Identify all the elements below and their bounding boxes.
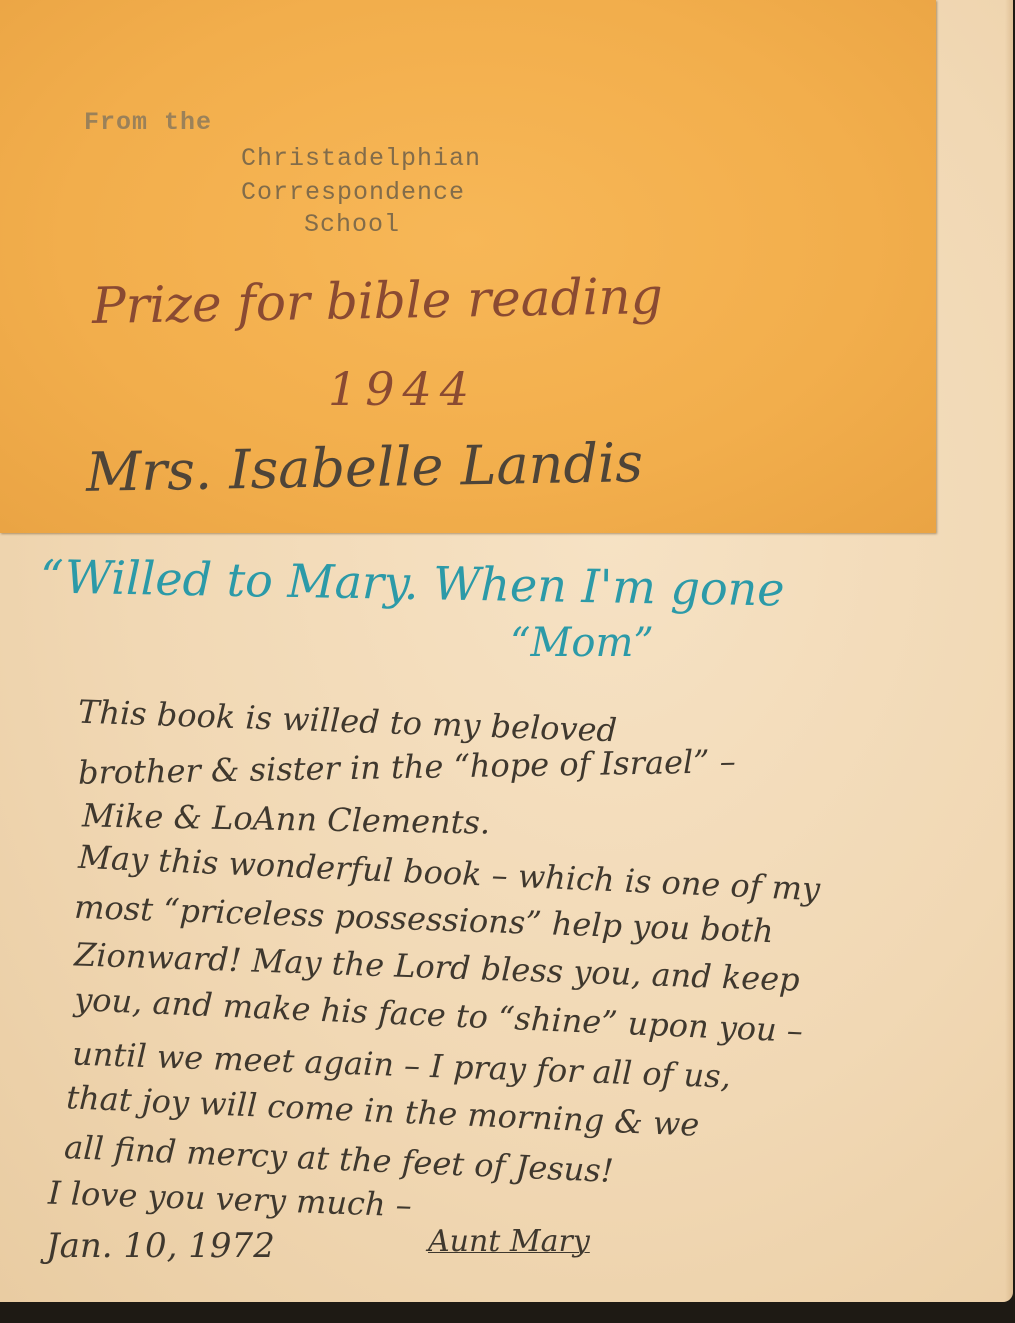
willed-note: “Willed to Mary. When I'm gone <box>40 550 785 617</box>
typed-school-name-line-3: School <box>304 208 400 242</box>
handwritten-recipient-name: Mrs. Isabelle Landis <box>85 431 643 504</box>
letter-line: brother & sister in the “hope of Israel”… <box>78 742 736 791</box>
book-flyleaf-page: From the Christadelphian Correspondence … <box>0 0 1013 1302</box>
letter-line: Mike & LoAnn Clements. <box>82 796 491 841</box>
letter-date: Jan. 10, 1972 <box>46 1226 275 1266</box>
letter-signature: Aunt Mary <box>428 1224 590 1259</box>
letter-line: This book is willed to my beloved <box>78 693 618 750</box>
handwritten-prize-note: Prize for bible reading <box>92 267 664 335</box>
willed-note-signature: “Mom” <box>510 620 654 666</box>
typed-school-name-line-1: Christadelphian <box>241 142 481 176</box>
typed-school-name-line-2: Correspondence <box>241 176 465 210</box>
letter-line: I love you very much – <box>47 1174 412 1225</box>
prize-label: From the Christadelphian Correspondence … <box>0 0 936 533</box>
typed-from-line: From the <box>84 106 212 140</box>
handwritten-year: 1944 <box>328 362 477 416</box>
